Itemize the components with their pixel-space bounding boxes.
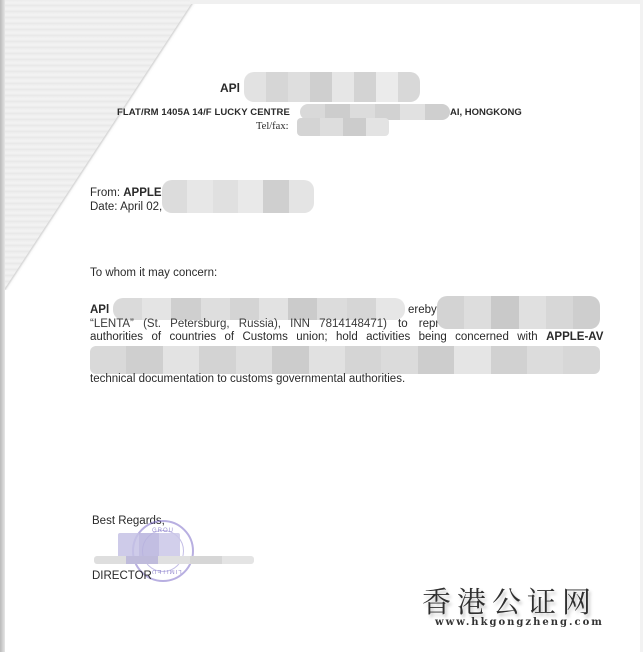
scan-top-edge xyxy=(190,0,643,4)
signatory-title: DIRECTOR xyxy=(92,570,152,582)
redaction-body-2 xyxy=(90,346,600,374)
body-line-1-end: ereby xyxy=(408,304,437,316)
page-fold-edge xyxy=(5,0,195,290)
from-value: APPLE xyxy=(123,187,161,199)
redaction-name xyxy=(94,556,254,564)
company-address-tail: AI, HONGKONG xyxy=(450,107,522,118)
body-line-3-bold: APPLE-AV xyxy=(546,331,603,343)
greeting: To whom it may concern: xyxy=(90,267,217,279)
body-line-2-end: to repr xyxy=(398,318,439,330)
stamp-bottom-text: LIMITED xyxy=(151,568,182,574)
body-line-5: technical documentation to customs gover… xyxy=(90,373,405,385)
body-line-1-start: APl xyxy=(90,304,109,316)
body-line-3-text: authorities of countries of Customs unio… xyxy=(90,331,538,343)
watermark-url: www.hkgongzheng.com xyxy=(435,617,604,628)
tel-fax-label: Tel/fax: xyxy=(256,121,289,132)
body-line-2-start: “LENTA” (St. Petersburg, Russia), INN 78… xyxy=(90,318,387,330)
redaction-from xyxy=(162,180,314,213)
redaction-company-name xyxy=(244,72,420,102)
body-line-3: authorities of countries of Customs unio… xyxy=(90,331,603,343)
from-label: From: xyxy=(90,187,120,199)
redaction-body-1 xyxy=(113,298,405,320)
date-label: Date: xyxy=(90,201,118,213)
from-line: From: APPLE xyxy=(90,187,162,199)
watermark-logo: 香港公证网 xyxy=(422,580,597,621)
company-address: FLAT/RM 1405A 14/F LUCKY CENTRE xyxy=(117,107,290,118)
redaction-tel xyxy=(297,118,389,136)
company-name: APl xyxy=(220,81,240,95)
redaction-body-right xyxy=(437,296,600,329)
